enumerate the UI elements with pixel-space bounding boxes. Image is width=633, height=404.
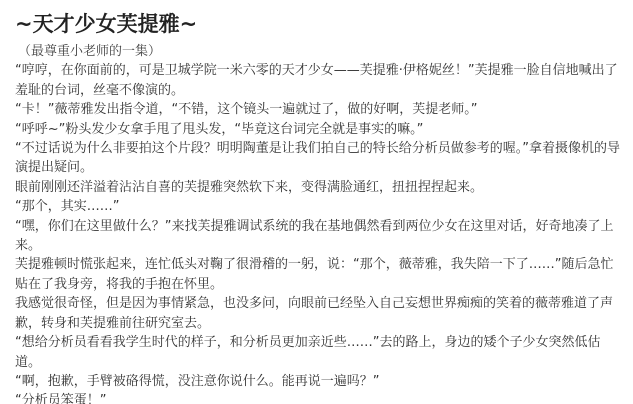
paragraph: “想给分析员看看我学生时代的样子，和分析员更加亲近些……”去的路上，身边的矮个子…: [15, 333, 620, 372]
paragraph: 眼前刚刚还洋溢着沾沾自喜的芙提雅突然软下来，变得满脸通红，扭扭捏捏起来。: [15, 178, 620, 197]
paragraph: “分析员笨蛋！”: [15, 391, 620, 404]
paragraph: “啊，抱歉，手臂被硌得慌，没注意你说什么。能再说一遍吗？”: [15, 372, 620, 391]
paragraph: “不过话说为什么非要拍这个片段？明明陶董是让我们拍自己的特长给分析员做参考的喔。…: [15, 139, 620, 178]
article-title: ~天才少女芙提雅~: [15, 10, 620, 38]
paragraph: “嘿，你们在这里做什么？”来找芙提雅调试系统的我在基地偶然看到两位少女在这里对话…: [15, 217, 620, 256]
paragraph: “哼哼，在你面前的，可是卫城学院一米六零的天才少女——芙提雅·伊格妮丝！”芙提雅…: [15, 61, 620, 100]
article: ~天才少女芙提雅~ （最尊重小老师的一集） “哼哼，在你面前的，可是卫城学院一米…: [15, 10, 620, 404]
article-subtitle: （最尊重小老师的一集）: [15, 42, 620, 61]
paragraph: “卡！”薇蒂雅发出指令道，“不错，这个镜头一遍就过了，做的好啊，芙提老师。”: [15, 100, 620, 119]
paragraph: 芙提雅顿时慌张起来，连忙低头对鞠了很滑稽的一躬，说：“那个，薇蒂雅，我失陪一下了…: [15, 255, 620, 294]
paragraph: 我感觉很奇怪，但是因为事情紧急，也没多问，向眼前已经坠入自己妄想世界痴痴的笑着的…: [15, 294, 620, 333]
paragraph: “呼呼~”粉头发少女拿手甩了甩头发，“毕竟这台词完全就是事实的嘛。”: [15, 120, 620, 139]
paragraph: “那个，其实……”: [15, 197, 620, 216]
